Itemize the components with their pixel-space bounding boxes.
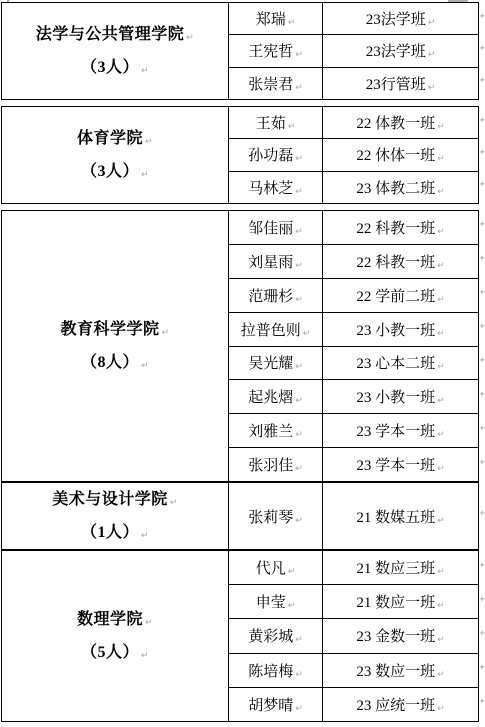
paragraph-mark-icon: ↵ — [437, 295, 445, 305]
student-name: 马林芝 — [248, 181, 293, 197]
student-name-cell: 张羽佳↵ — [229, 448, 323, 482]
paragraph-mark-icon: ↵ — [295, 704, 303, 714]
student-row: 数理学院↵（5人）↵代凡↵21 数应三班↵ — [2, 551, 479, 585]
student-class: 22 体教一班 — [356, 116, 435, 132]
student-class: 23行管班 — [366, 77, 426, 93]
row-end-mark-icon: ↵ — [480, 389, 485, 400]
student-name: 陈培梅 — [248, 664, 293, 680]
student-name-cell: 范珊杉↵ — [229, 278, 323, 312]
paragraph-mark-icon: ↵ — [437, 567, 445, 577]
paragraph-mark-icon: ↵ — [437, 122, 445, 132]
paragraph-mark-icon: ↵ — [295, 295, 303, 305]
paragraph-mark-icon: ↵ — [295, 516, 303, 526]
row-end-mark-icon: ↵ — [480, 560, 485, 571]
student-row: 法学与公共管理学院↵（3人）↵郑瑞↵23法学班↵ — [2, 3, 479, 35]
paragraph-mark-icon: ↵ — [428, 18, 436, 28]
roster: 法学与公共管理学院↵（3人）↵郑瑞↵23法学班↵王宪哲↵23法学班↵张崇君↵23… — [1, 2, 479, 722]
paragraph-mark-icon: ↵ — [437, 601, 445, 611]
paragraph-mark-icon: ↵ — [295, 362, 303, 372]
paragraph-mark-icon: ↵ — [288, 601, 296, 611]
paragraph-mark-icon: ↵ — [288, 122, 296, 132]
student-class: 22 科教一班 — [356, 221, 435, 237]
student-class: 21 数应三班 — [356, 561, 435, 577]
college-cell: 美术与设计学院↵（1人）↵ — [2, 483, 229, 550]
student-name-cell: 刘星雨↵ — [229, 244, 323, 278]
student-class: 21 数媒五班 — [356, 510, 435, 526]
row-end-mark-icon: ↵ — [480, 115, 485, 126]
paragraph-mark-icon: ↵ — [170, 498, 178, 508]
student-name-cell: 张莉琴↵ — [229, 483, 323, 550]
student-name: 王茹 — [256, 116, 286, 132]
student-class: 23 应统一班 — [356, 698, 435, 714]
student-row: 教育科学学院↵（8人）↵邹佳丽↵22 科教一班↵ — [2, 211, 479, 245]
paragraph-mark-icon: ↵ — [295, 396, 303, 406]
student-name: 郑瑞 — [256, 12, 286, 28]
paragraph-mark-icon: ↵ — [428, 83, 436, 93]
college-count: （3人） — [81, 59, 139, 76]
college-section-table: 法学与公共管理学院↵（3人）↵郑瑞↵23法学班↵王宪哲↵23法学班↵张崇君↵23… — [1, 2, 479, 100]
row-end-mark-icon: ↵ — [480, 594, 485, 605]
paragraph-mark-icon: ↵ — [295, 635, 303, 645]
student-class: 23 小教一班 — [356, 323, 435, 339]
student-class: 23 数应一班 — [356, 664, 435, 680]
student-class-cell: 22 科教一班↵ — [323, 211, 479, 245]
paragraph-mark-icon: ↵ — [428, 50, 436, 60]
student-name: 邹佳丽 — [248, 221, 293, 237]
student-class-cell: 23 金数一班↵ — [323, 619, 479, 653]
student-name-cell: 陈培梅↵ — [229, 653, 323, 687]
student-name: 黄彩城 — [248, 629, 293, 645]
college-name-line: 教育科学学院↵ — [2, 313, 228, 346]
paragraph-mark-icon: ↵ — [437, 396, 445, 406]
student-class: 23 学本一班 — [356, 458, 435, 474]
paragraph-mark-icon: ↵ — [437, 329, 445, 339]
student-class-cell: 23 心本二班↵ — [323, 346, 479, 380]
student-name-cell: 代凡↵ — [229, 551, 323, 585]
paragraph-mark-icon: ↵ — [437, 704, 445, 714]
college-cell: 数理学院↵（5人）↵ — [2, 551, 229, 722]
student-name: 拉普色则 — [241, 323, 301, 339]
college-name: 数理学院 — [77, 611, 143, 628]
student-row: 体育学院↵（3人）↵王茹↵22 体教一班↵ — [2, 107, 479, 139]
college-name: 体育学院 — [77, 130, 143, 147]
student-class: 23 学本一班 — [356, 424, 435, 440]
row-end-mark-icon: ↵ — [480, 11, 485, 22]
paragraph-mark-icon: ↵ — [295, 464, 303, 474]
paragraph-mark-icon: ↵ — [437, 516, 445, 526]
paragraph-mark-icon: ↵ — [437, 430, 445, 440]
row-end-mark-icon: ↵ — [480, 253, 485, 264]
student-name-cell: 邹佳丽↵ — [229, 211, 323, 245]
student-class-cell: 21 数应一班↵ — [323, 585, 479, 619]
college-count: （8人） — [81, 354, 139, 371]
student-class-cell: 23 应统一班↵ — [323, 687, 479, 721]
student-name-cell: 起兆熠↵ — [229, 380, 323, 414]
student-name-cell: 申莹↵ — [229, 585, 323, 619]
row-end-mark-icon: ↵ — [480, 219, 485, 230]
student-name: 刘雅兰 — [248, 424, 293, 440]
college-name-line: 美术与设计学院↵ — [2, 483, 228, 516]
college-cell: 法学与公共管理学院↵（3人）↵ — [2, 3, 229, 100]
student-class-cell: 23 体教二班↵ — [323, 171, 479, 203]
college-section-table: 体育学院↵（3人）↵王茹↵22 体教一班↵孙功磊↵22 休体一班↵马林芝↵23 … — [1, 106, 479, 204]
row-end-mark-icon: ↵ — [480, 508, 485, 519]
college-section-table: 数理学院↵（5人）↵代凡↵21 数应三班↵申莹↵21 数应一班↵黄彩城↵23 金… — [1, 550, 479, 722]
student-name: 胡梦晴 — [248, 698, 293, 714]
paragraph-mark-icon: ↵ — [437, 261, 445, 271]
college-count-line: （3人）↵ — [2, 155, 228, 188]
student-class-cell: 23行管班↵ — [323, 67, 479, 99]
student-class-cell: 23法学班↵ — [323, 3, 479, 35]
row-end-mark-icon: ↵ — [480, 662, 485, 673]
college-count-line: （1人）↵ — [2, 516, 228, 549]
college-count-line: （5人）↵ — [2, 636, 228, 669]
college-count-line: （3人）↵ — [2, 51, 228, 84]
college-count: （1人） — [81, 524, 139, 541]
student-class-cell: 22 休体一班↵ — [323, 139, 479, 171]
student-class-cell: 23 学本一班↵ — [323, 414, 479, 448]
student-name: 王宪哲 — [248, 44, 293, 60]
college-section-table: 美术与设计学院↵（1人）↵张莉琴↵21 数媒五班↵ — [1, 482, 479, 550]
student-class: 22 科教一班 — [356, 255, 435, 271]
student-class: 23 小教一班 — [356, 390, 435, 406]
student-name: 范珊杉 — [248, 289, 293, 305]
college-count: （3人） — [81, 163, 139, 180]
paragraph-mark-icon: ↵ — [141, 531, 149, 541]
student-name-cell: 拉普色则↵ — [229, 312, 323, 346]
student-class-cell: 22 学前二班↵ — [323, 278, 479, 312]
student-name-cell: 孙功磊↵ — [229, 139, 323, 171]
college-count: （5人） — [81, 644, 139, 661]
student-name-cell: 郑瑞↵ — [229, 3, 323, 35]
paragraph-mark-icon: ↵ — [145, 618, 153, 628]
student-name: 吴光耀 — [248, 356, 293, 372]
student-name: 张羽佳 — [248, 458, 293, 474]
paragraph-mark-icon: ↵ — [295, 154, 303, 164]
paragraph-mark-icon: ↵ — [141, 361, 149, 371]
student-name: 张崇君 — [248, 77, 293, 93]
paragraph-mark-icon: ↵ — [437, 362, 445, 372]
student-class-cell: 23 数应一班↵ — [323, 653, 479, 687]
college-name-line: 法学与公共管理学院↵ — [2, 18, 228, 51]
paragraph-mark-icon: ↵ — [437, 635, 445, 645]
student-class: 23 心本二班 — [356, 356, 435, 372]
row-end-mark-icon: ↵ — [480, 321, 485, 332]
paragraph-mark-icon: ↵ — [295, 670, 303, 680]
student-name: 代凡 — [256, 561, 286, 577]
paragraph-mark-icon: ↵ — [437, 670, 445, 680]
college-cell: 教育科学学院↵（8人）↵ — [2, 211, 229, 482]
paragraph-mark-icon: ↵ — [295, 430, 303, 440]
paragraph-mark-icon: ↵ — [288, 18, 296, 28]
student-class-cell: 23 小教一班↵ — [323, 380, 479, 414]
student-class-cell: 23 小教一班↵ — [323, 312, 479, 346]
student-name-cell: 刘雅兰↵ — [229, 414, 323, 448]
row-end-mark-icon: ↵ — [480, 43, 485, 54]
student-name: 孙功磊 — [248, 148, 293, 164]
paragraph-mark-icon: ↵ — [295, 227, 303, 237]
row-end-mark-icon: ↵ — [480, 355, 485, 366]
student-class: 23 金数一班 — [356, 629, 435, 645]
paragraph-mark-icon: ↵ — [437, 154, 445, 164]
student-row: 美术与设计学院↵（1人）↵张莉琴↵21 数媒五班↵ — [2, 483, 479, 550]
student-class-cell: 23法学班↵ — [323, 35, 479, 67]
paragraph-mark-icon: ↵ — [303, 329, 311, 339]
college-cell: 体育学院↵（3人）↵ — [2, 107, 229, 204]
student-name-cell: 王宪哲↵ — [229, 35, 323, 67]
paragraph-mark-icon: ↵ — [437, 227, 445, 237]
paragraph-mark-icon: ↵ — [145, 137, 153, 147]
paragraph-mark-icon: ↵ — [437, 187, 445, 197]
student-name: 张莉琴 — [248, 510, 293, 526]
student-class: 23 体教二班 — [356, 181, 435, 197]
paragraph-mark-icon: ↵ — [161, 328, 169, 338]
student-class: 23法学班 — [366, 44, 426, 60]
college-count-line: （8人）↵ — [2, 346, 228, 379]
student-name-cell: 王茹↵ — [229, 107, 323, 139]
paragraph-mark-icon: ↵ — [141, 651, 149, 661]
paragraph-mark-icon: ↵ — [437, 464, 445, 474]
college-name: 教育科学学院 — [60, 321, 159, 338]
student-class: 22 学前二班 — [356, 289, 435, 305]
paragraph-mark-icon: ↵ — [295, 83, 303, 93]
row-end-mark-icon: ↵ — [480, 147, 485, 158]
college-section-table: 教育科学学院↵（8人）↵邹佳丽↵22 科教一班↵刘星雨↵22 科教一班↵范珊杉↵… — [1, 210, 479, 482]
paragraph-mark-icon: ↵ — [295, 50, 303, 60]
student-class: 21 数应一班 — [356, 595, 435, 611]
paragraph-mark-icon: ↵ — [295, 261, 303, 271]
row-end-mark-icon: ↵ — [480, 696, 485, 707]
student-class-cell: 21 数媒五班↵ — [323, 483, 479, 550]
student-name-cell: 胡梦晴↵ — [229, 687, 323, 721]
paragraph-mark-icon: ↵ — [295, 187, 303, 197]
student-name: 申莹 — [256, 595, 286, 611]
row-end-mark-icon: ↵ — [480, 75, 485, 86]
student-name-cell: 张崇君↵ — [229, 67, 323, 99]
student-name-cell: 黄彩城↵ — [229, 619, 323, 653]
student-name: 刘星雨 — [248, 255, 293, 271]
row-end-mark-icon: ↵ — [480, 287, 485, 298]
paragraph-mark-icon: ↵ — [141, 66, 149, 76]
student-class: 22 休体一班 — [356, 148, 435, 164]
row-end-mark-icon: ↵ — [480, 457, 485, 468]
student-class-cell: 22 体教一班↵ — [323, 107, 479, 139]
row-end-mark-icon: ↵ — [480, 179, 485, 190]
student-name-cell: 马林芝↵ — [229, 171, 323, 203]
row-end-mark-icon: ↵ — [480, 423, 485, 434]
college-name: 法学与公共管理学院 — [36, 26, 185, 43]
student-class-cell: 23 学本一班↵ — [323, 448, 479, 482]
student-class-cell: 22 科教一班↵ — [323, 244, 479, 278]
student-name-cell: 吴光耀↵ — [229, 346, 323, 380]
paragraph-mark-icon: ↵ — [186, 33, 194, 43]
college-name-line: 数理学院↵ — [2, 603, 228, 636]
college-name-line: 体育学院↵ — [2, 122, 228, 155]
row-end-mark-icon: ↵ — [480, 628, 485, 639]
student-class: 23法学班 — [366, 12, 426, 28]
student-class-cell: 21 数应三班↵ — [323, 551, 479, 585]
paragraph-mark-icon: ↵ — [141, 170, 149, 180]
college-name: 美术与设计学院 — [52, 491, 168, 508]
student-name: 起兆熠 — [248, 390, 293, 406]
paragraph-mark-icon: ↵ — [288, 567, 296, 577]
